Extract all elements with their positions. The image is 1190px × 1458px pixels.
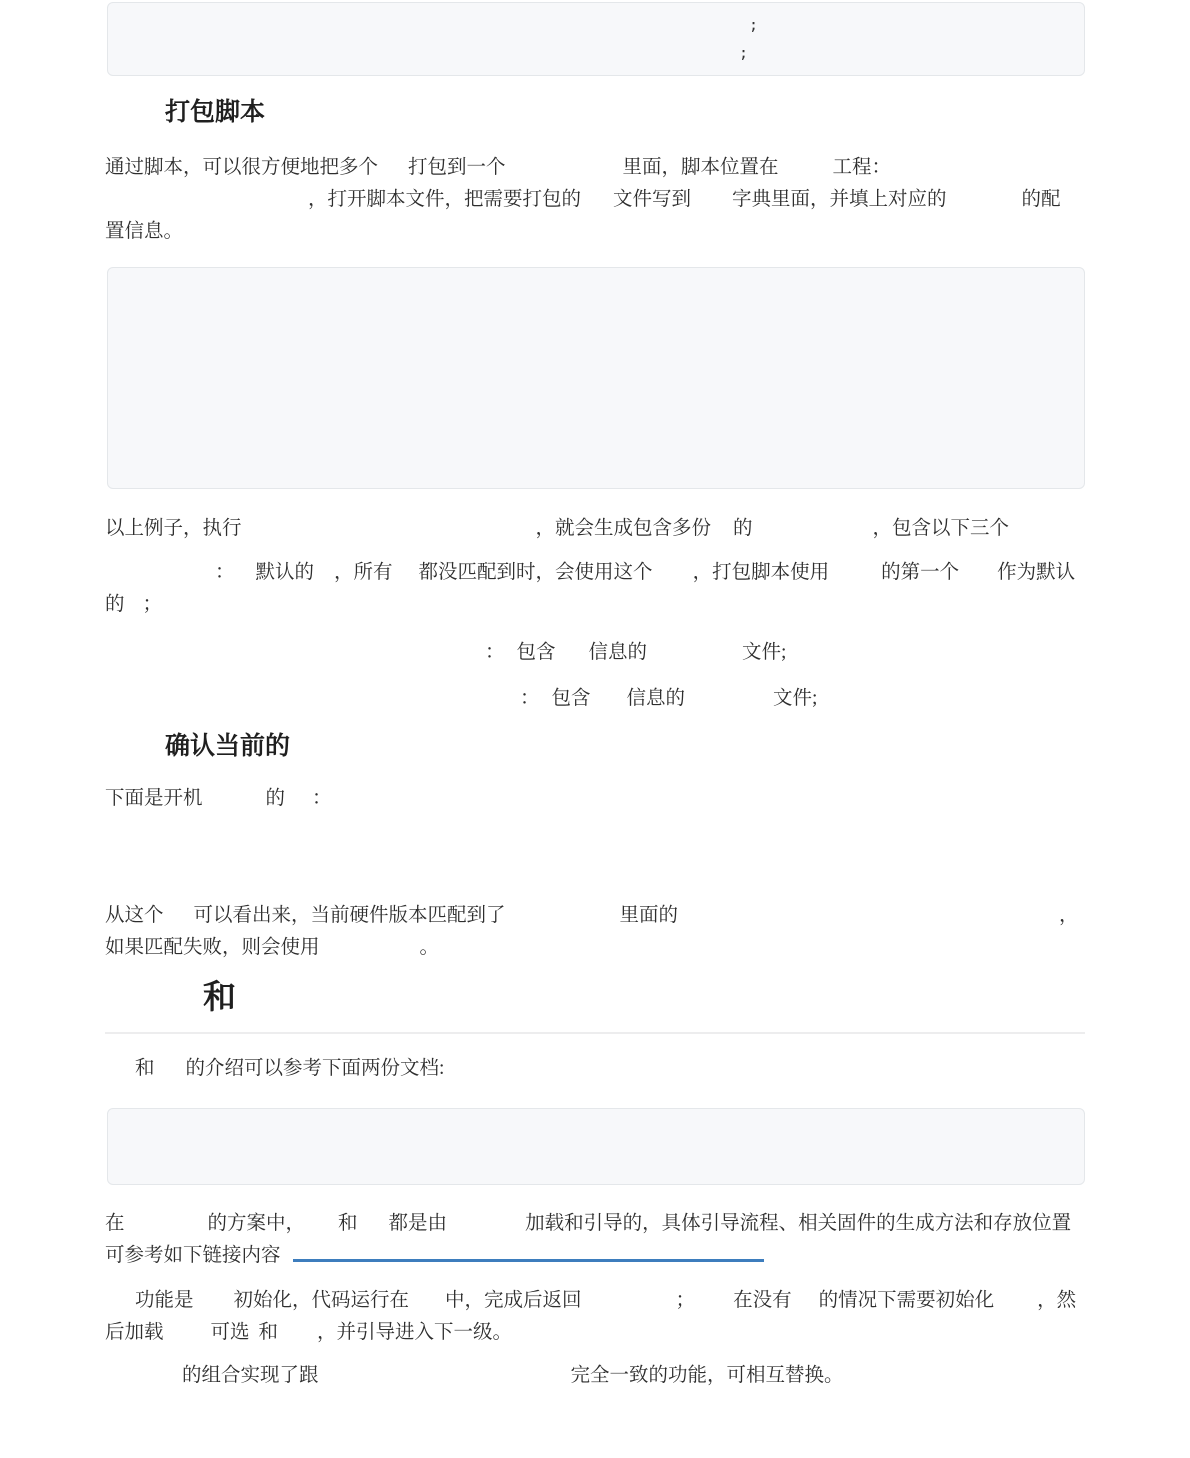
text-segment: 的介绍可以参考下面两份文档: [186, 1058, 445, 1079]
text-gap [242, 533, 536, 534]
text-segment: 和 [135, 1058, 155, 1079]
text-segment: 文件; [773, 688, 817, 709]
text-gap [829, 577, 881, 578]
text-segment: 的 [733, 518, 753, 539]
text-segment: 打包到一个 [408, 157, 506, 178]
text-gap [285, 803, 312, 804]
text-segment: 默认的 [256, 562, 315, 583]
text-segment: 。 [420, 937, 440, 958]
text-segment: ： [520, 688, 540, 709]
text-segment: ： [312, 788, 332, 809]
text-line: 在的方案中，和都是由加载和引导的，具体引导流程、相关固件的生成方法和存放位置 [105, 1208, 1085, 1240]
text-gap [105, 703, 520, 704]
text-segment: 可参考如下链接内容 [105, 1245, 281, 1266]
text-line: 通过脚本，可以很方便地把多个打包到一个里面，脚本位置在工程： [105, 152, 1085, 184]
code-line: ; [108, 39, 1084, 67]
text-line: 下面是开机的： [105, 783, 1085, 815]
text-gap [409, 1305, 445, 1306]
text-segment: ， [1059, 905, 1079, 926]
code-line: ; [108, 11, 1084, 39]
text-segment: ： [485, 642, 505, 663]
page-title-and: 和 [105, 976, 1085, 1020]
text-gap [155, 1073, 186, 1074]
text-line: 和的介绍可以参考下面两份文档: [105, 1053, 1085, 1085]
code-block-doc-links [107, 1108, 1085, 1185]
text-gap [105, 1007, 203, 1008]
text-gap [194, 1305, 234, 1306]
text-gap [393, 577, 419, 578]
text-segment: 打包脚本 [165, 99, 265, 126]
text-gap [235, 577, 256, 578]
text-gap [124, 29, 749, 30]
text-segment: 作为默认 [997, 562, 1075, 583]
text-gap [105, 119, 165, 120]
text-gap [647, 657, 742, 658]
text-gap [164, 1337, 211, 1338]
text-gap [556, 657, 589, 658]
text-gap [124, 57, 739, 58]
text-gap [281, 1260, 293, 1261]
title-divider [105, 1032, 1085, 1034]
text-segment: 以上例子，执行 [105, 518, 242, 539]
text-gap [582, 1305, 676, 1306]
text-segment: 字典里面，并填上对应的 [732, 189, 947, 210]
text-line: ，打开脚本文件，把需要打包的文件写到字典里面，并填上对应的的配 [105, 184, 1085, 216]
text-segment: 包含 [517, 642, 556, 663]
text-gap [591, 703, 627, 704]
text-segment: 置信息。 [105, 221, 183, 242]
text-gap [105, 577, 215, 578]
text-gap [105, 1073, 135, 1074]
text-segment: 在 [105, 1213, 125, 1234]
text-gap [959, 577, 997, 578]
text-gap [320, 952, 420, 953]
text-gap [653, 577, 693, 578]
text-gap [792, 1305, 819, 1306]
text-segment: ，所有 [334, 562, 393, 583]
text-segment: 功能是 [135, 1290, 194, 1311]
text-segment: 工程： [833, 157, 892, 178]
text-segment: ，包含以下三个 [873, 518, 1010, 539]
text-line-with-link: 可参考如下链接内容 [105, 1240, 1085, 1272]
text-gap [505, 657, 517, 658]
text-gap [678, 920, 1059, 921]
text-line: 的； [105, 589, 1085, 621]
section-heading-packaging-script: 打包脚本 [105, 96, 1085, 130]
text-gap [250, 1337, 259, 1338]
text-gap [105, 1380, 182, 1381]
text-segment: 中，完成后返回 [445, 1290, 582, 1311]
text-gap [105, 1305, 135, 1306]
text-segment: 的方案中， [208, 1213, 306, 1234]
doc-link-underline[interactable] [293, 1259, 764, 1262]
text-gap [125, 1228, 208, 1229]
paragraph-match-result: 从这个可以看出来，当前硬件版本匹配到了里面的， 如果匹配失败，则会使用。 [105, 900, 1085, 964]
code-block-top: ; ; [107, 2, 1085, 76]
text-gap [506, 920, 620, 921]
text-line: 后加载可选和，并引导进入下一级。 [105, 1317, 1085, 1349]
text-segment: ; [739, 44, 748, 62]
paragraph-boot-log-intro: 下面是开机的： [105, 783, 1085, 815]
text-gap [540, 703, 552, 704]
text-segment: 初始化，代码运行在 [234, 1290, 410, 1311]
text-gap [753, 533, 873, 534]
text-gap [125, 609, 143, 610]
text-segment: 确认当前的 [165, 733, 290, 760]
text-segment: 如果匹配失败，则会使用 [105, 937, 320, 958]
text-segment: ; [749, 16, 758, 34]
document-page: ; ; 打包脚本 通过脚本，可以很方便地把多个打包到一个里面，脚本位置在工程： … [0, 0, 1190, 1458]
text-line: ：包含信息的文件; [105, 637, 1085, 669]
paragraph-docs-reference: 和的介绍可以参考下面两份文档: [105, 1053, 1085, 1085]
text-gap [105, 204, 308, 205]
text-segment: 可以看出来，当前硬件版本匹配到了 [194, 905, 506, 926]
text-segment: ； [676, 1290, 696, 1311]
text-gap [278, 1337, 317, 1338]
text-segment: 的组合实现了跟 [182, 1365, 319, 1386]
text-segment: 的 [105, 594, 125, 615]
text-gap [378, 172, 408, 173]
code-block-pack-script [107, 267, 1085, 489]
text-line: 以上例子，执行，就会生成包含多份的，包含以下三个 [105, 513, 1085, 545]
text-line: ：包含信息的文件; [105, 683, 1085, 715]
paragraph-boot-scheme: 在的方案中，和都是由加载和引导的，具体引导流程、相关固件的生成方法和存放位置 可… [105, 1208, 1085, 1272]
text-line: 如果匹配失败，则会使用。 [105, 932, 1085, 964]
text-gap [203, 803, 266, 804]
text-segment: ，然 [1037, 1290, 1076, 1311]
text-segment: 文件; [742, 642, 786, 663]
text-segment: 后加载 [105, 1322, 164, 1343]
text-gap [105, 657, 485, 658]
text-segment: 的配 [1022, 189, 1061, 210]
text-gap [581, 204, 613, 205]
text-gap [994, 1305, 1037, 1306]
text-segment: 信息的 [589, 642, 648, 663]
text-gap [358, 1228, 389, 1229]
text-line: 从这个可以看出来，当前硬件版本匹配到了里面的， [105, 900, 1085, 932]
paragraph-combo-equivalent: 的组合实现了跟完全一致的功能，可相互替换。 [105, 1360, 1085, 1392]
text-segment: 从这个 [105, 905, 164, 926]
list-item-info-file-2: ：包含信息的文件; [105, 683, 1085, 715]
text-gap [164, 920, 194, 921]
text-segment: 都没匹配到时，会使用这个 [419, 562, 653, 583]
text-line: 功能是初始化，代码运行在中，完成后返回；在没有的情况下需要初始化，然 [105, 1285, 1085, 1317]
text-gap [685, 703, 773, 704]
text-segment: 的 [266, 788, 286, 809]
text-line: 置信息。 [105, 216, 1085, 248]
text-gap [691, 204, 732, 205]
text-gap [779, 172, 833, 173]
text-segment: 都是由 [389, 1213, 448, 1234]
heading-text: 打包脚本 [105, 96, 1085, 130]
text-segment: 和 [203, 980, 236, 1016]
text-gap [305, 1228, 338, 1229]
text-segment: 的情况下需要初始化 [819, 1290, 995, 1311]
text-gap [319, 1380, 571, 1381]
text-segment: ，就会生成包含多份 [536, 518, 712, 539]
heading-text: 确认当前的 [105, 730, 1085, 764]
title-text: 和 [105, 976, 1085, 1020]
text-segment: ： [215, 562, 235, 583]
text-segment: 加载和引导的，具体引导流程、相关固件的生成方法和存放位置 [525, 1213, 1071, 1234]
text-segment: 通过脚本，可以很方便地把多个 [105, 157, 378, 178]
paragraph-function-desc: 功能是初始化，代码运行在中，完成后返回；在没有的情况下需要初始化，然 后加载可选… [105, 1285, 1085, 1349]
text-line: ：默认的，所有都没匹配到时，会使用这个，打包脚本使用的第一个作为默认 [105, 557, 1085, 589]
text-segment: 里面的 [620, 905, 679, 926]
paragraph-example-result: 以上例子，执行，就会生成包含多份的，包含以下三个 [105, 513, 1085, 545]
text-gap [105, 753, 165, 754]
list-item-info-file-1: ：包含信息的文件; [105, 637, 1085, 669]
text-segment: 包含 [552, 688, 591, 709]
text-segment: 完全一致的功能，可相互替换。 [571, 1365, 844, 1386]
text-gap [711, 533, 733, 534]
text-line: 的组合实现了跟完全一致的功能，可相互替换。 [105, 1360, 1085, 1392]
text-gap [506, 172, 623, 173]
text-segment: ，打开脚本文件，把需要打包的 [308, 189, 581, 210]
text-segment: 里面，脚本位置在 [623, 157, 779, 178]
text-segment: 信息的 [627, 688, 686, 709]
text-segment: ，并引导进入下一级。 [317, 1322, 512, 1343]
text-gap [447, 1228, 525, 1229]
text-segment: 文件写到 [613, 189, 691, 210]
text-segment: ； [143, 594, 163, 615]
list-item-default-package: ：默认的，所有都没匹配到时，会使用这个，打包脚本使用的第一个作为默认 的； [105, 557, 1085, 621]
text-segment: 可选 [211, 1322, 250, 1343]
text-segment: 的第一个 [881, 562, 959, 583]
section-heading-confirm-current: 确认当前的 [105, 730, 1085, 764]
text-gap [695, 1305, 733, 1306]
text-segment: ，打包脚本使用 [693, 562, 830, 583]
text-gap [314, 577, 334, 578]
text-segment: 下面是开机 [105, 788, 203, 809]
text-gap [947, 204, 1022, 205]
text-segment: 在没有 [733, 1290, 792, 1311]
text-segment: 和 [338, 1213, 358, 1234]
paragraph-packaging-intro: 通过脚本，可以很方便地把多个打包到一个里面，脚本位置在工程： ，打开脚本文件，把… [105, 152, 1085, 248]
text-segment: 和 [259, 1322, 279, 1343]
